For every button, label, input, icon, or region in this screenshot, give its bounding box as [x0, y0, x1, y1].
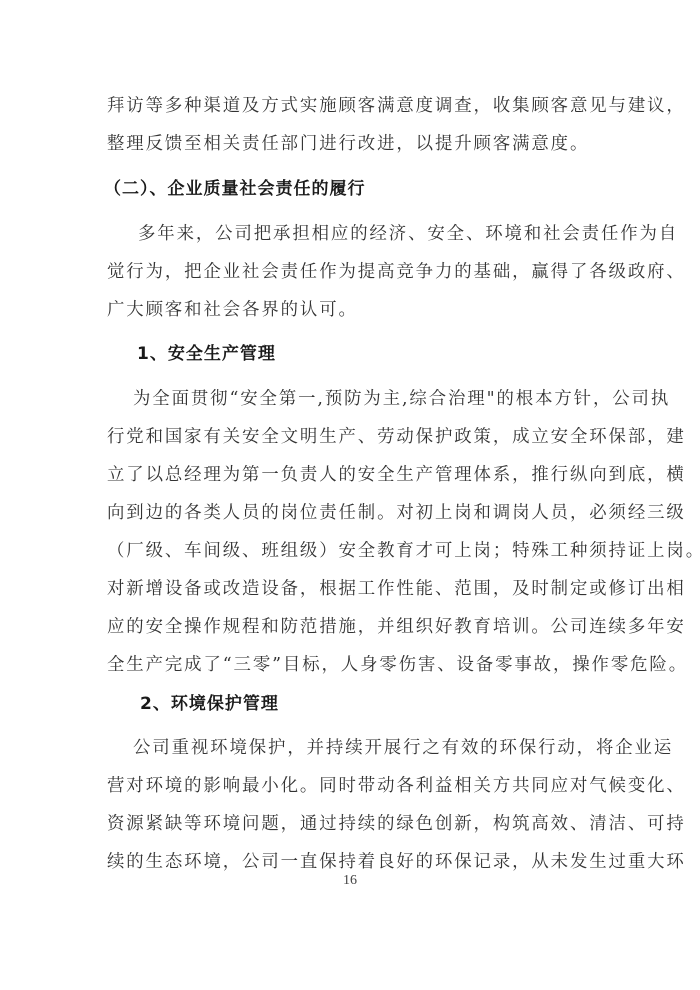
paragraph-3-line-8: 全生产完成了“三零”目标，人身零伤害、设备零事故，操作零危险。: [107, 654, 597, 676]
paragraph-2-line-3: 广大顾客和社会各界的认可。: [107, 299, 597, 321]
paragraph-4-line-1: 公司重视环境保护，并持续开展行之有效的环保行动，将企业运: [133, 737, 623, 759]
paragraph-2-line-2: 觉行为，把企业社会责任作为提高竞争力的基础，赢得了各级政府、: [107, 261, 597, 283]
paragraph-3-line-3: 立了以总经理为第一负责人的安全生产管理体系，推行纵向到底，横: [107, 464, 597, 486]
paragraph-3-line-5: （厂级、车间级、班组级）安全教育才可上岗；特殊工种须持证上岗。: [107, 540, 597, 562]
paragraph-1-line-2: 整理反馈至相关责任部门进行改进，以提升顾客满意度。: [107, 133, 597, 155]
page-number: 16: [0, 873, 700, 889]
paragraph-3-line-7: 应的安全操作规程和防范措施，并组织好教育培训。公司连续多年安: [107, 616, 597, 638]
paragraph-3-line-1: 为全面贯彻“安全第一,预防为主,综合治理"的根本方针，公司执: [133, 388, 623, 410]
paragraph-2-line-1: 多年来，公司把承担相应的经济、安全、环境和社会责任作为自: [138, 223, 628, 245]
paragraph-4-line-4: 续的生态环境，公司一直保持着良好的环保记录，从未发生过重大环: [107, 851, 597, 873]
paragraph-3-line-4: 向到边的各类人员的岗位责任制。对初上岗和调岗人员，必须经三级: [107, 502, 597, 524]
document-page: 拜访等多种渠道及方式实施顾客满意度调查，收集顾客意见与建议， 整理反馈至相关责任…: [0, 0, 700, 990]
paragraph-4-line-3: 资源紧缺等环境问题，通过持续的绿色创新，构筑高效、清洁、可持: [107, 813, 597, 835]
subsection-heading-environment: 2、环境保护管理: [140, 693, 279, 715]
subsection-heading-safety: 1、安全生产管理: [137, 343, 276, 365]
paragraph-4-line-2: 营对环境的影响最小化。同时带动各利益相关方共同应对气候变化、: [107, 775, 597, 797]
paragraph-3-line-6: 对新增设备或改造设备，根据工作性能、范围，及时制定或修订出相: [107, 578, 597, 600]
paragraph-1-line-1: 拜访等多种渠道及方式实施顾客满意度调查，收集顾客意见与建议，: [107, 95, 597, 117]
section-heading: （二）、企业质量社会责任的履行: [104, 178, 366, 200]
paragraph-3-line-2: 行党和国家有关安全文明生产、劳动保护政策，成立安全环保部，建: [107, 426, 597, 448]
